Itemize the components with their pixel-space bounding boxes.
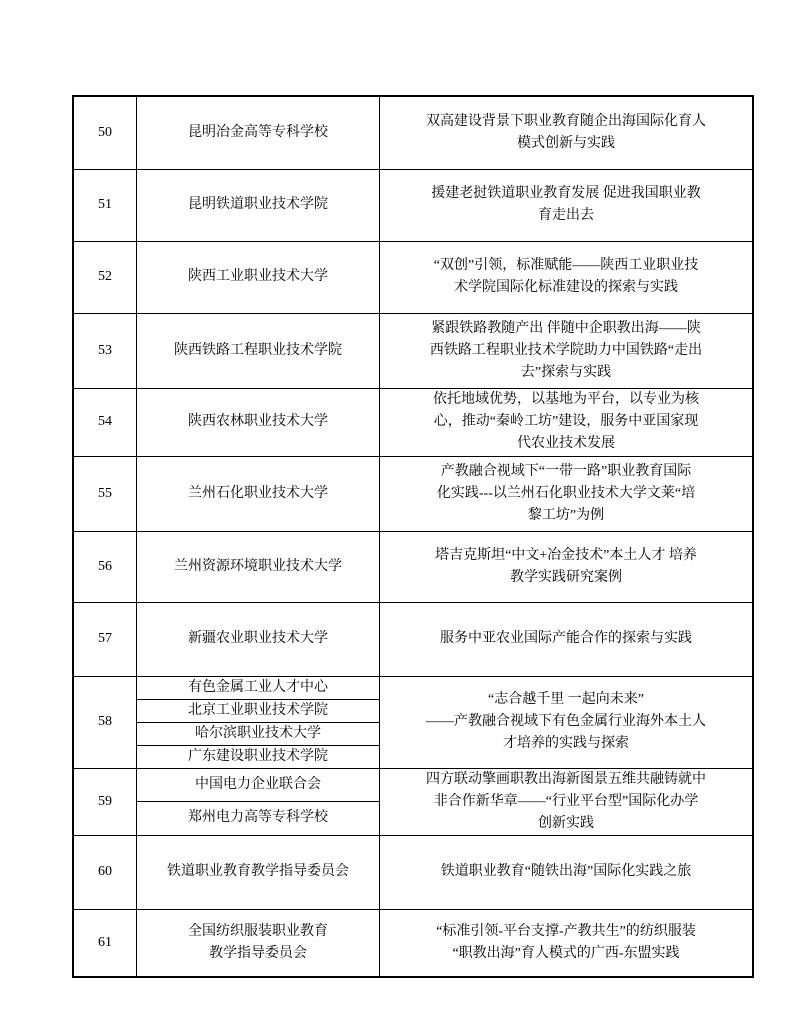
project-title-cell: “双创”引领，标准赋能——陕西工业职业技 术学院国际化标准建设的探索与实践: [380, 241, 754, 313]
project-title-cell: 四方联动擎画职教出海新图景五维共融铸就中 非合作新华章——“行业平台型”国际化办…: [380, 768, 754, 835]
organization-cell: 新疆农业职业技术大学: [137, 602, 380, 676]
organization-cell: 有色金属工业人才中心北京工业职业技术学院哈尔滨职业技术大学广东建设职业技术学院: [137, 676, 380, 768]
organization-stack: 中国电力企业联合会郑州电力高等专科学校: [137, 769, 379, 835]
document-page: 50昆明冶金高等专科学校双高建设背景下职业教育随企出海国际化育人 模式创新与实践…: [0, 0, 800, 1021]
awards-table-container: 50昆明冶金高等专科学校双高建设背景下职业教育随企出海国际化育人 模式创新与实践…: [72, 95, 754, 978]
table-row: 56兰州资源环境职业技术大学塔吉克斯坦“中文+冶金技术”本土人才 培养 教学实践…: [73, 531, 753, 602]
table-row: 53陕西铁路工程职业技术学院紧跟铁路教随产出 伴随中企职教出海——陕 西铁路工程…: [73, 313, 753, 388]
row-number: 52: [73, 241, 137, 313]
organization-cell: 兰州资源环境职业技术大学: [137, 531, 380, 602]
organization-name: 广东建设职业技术学院: [137, 745, 379, 768]
table-row: 57新疆农业职业技术大学服务中亚农业国际产能合作的探索与实践: [73, 602, 753, 676]
table-row: 60铁道职业教育教学指导委员会铁道职业教育“随铁出海”国际化实践之旅: [73, 835, 753, 909]
organization-name: 郑州电力高等专科学校: [137, 801, 379, 835]
organization-name: 中国电力企业联合会: [137, 769, 379, 802]
row-number: 61: [73, 909, 137, 977]
project-title-cell: 紧跟铁路教随产出 伴随中企职教出海——陕 西铁路工程职业技术学院助力中国铁路“走…: [380, 313, 754, 388]
row-number: 59: [73, 768, 137, 835]
row-number: 57: [73, 602, 137, 676]
project-title-cell: 双高建设背景下职业教育随企出海国际化育人 模式创新与实践: [380, 96, 754, 169]
table-body: 50昆明冶金高等专科学校双高建设背景下职业教育随企出海国际化育人 模式创新与实践…: [73, 96, 753, 977]
organization-cell: 全国纺织服装职业教育 教学指导委员会: [137, 909, 380, 977]
project-title-cell: “标准引领-平台支撑-产教共生”的纺织服装 “职教出海”育人模式的广西-东盟实践: [380, 909, 754, 977]
project-title-cell: 铁道职业教育“随铁出海”国际化实践之旅: [380, 835, 754, 909]
project-title-cell: 产教融合视域下“一带一路”职业教育国际 化实践---以兰州石化职业技术大学文莱“…: [380, 456, 754, 531]
awards-table: 50昆明冶金高等专科学校双高建设背景下职业教育随企出海国际化育人 模式创新与实践…: [72, 95, 754, 978]
table-row: 59中国电力企业联合会郑州电力高等专科学校四方联动擎画职教出海新图景五维共融铸就…: [73, 768, 753, 835]
project-title-cell: “志合越千里 一起向未来” ——产教融合视域下有色金属行业海外本土人 才培养的实…: [380, 676, 754, 768]
organization-name: 有色金属工业人才中心: [137, 677, 379, 699]
organization-cell: 铁道职业教育教学指导委员会: [137, 835, 380, 909]
project-title-cell: 援建老挝铁道职业教育发展 促进我国职业教 育走出去: [380, 169, 754, 241]
organization-name: 哈尔滨职业技术大学: [137, 722, 379, 745]
row-number: 53: [73, 313, 137, 388]
row-number: 60: [73, 835, 137, 909]
row-number: 50: [73, 96, 137, 169]
row-number: 58: [73, 676, 137, 768]
organization-name: 北京工业职业技术学院: [137, 699, 379, 722]
table-row: 51昆明铁道职业技术学院援建老挝铁道职业教育发展 促进我国职业教 育走出去: [73, 169, 753, 241]
organization-cell: 兰州石化职业技术大学: [137, 456, 380, 531]
table-row: 61全国纺织服装职业教育 教学指导委员会“标准引领-平台支撑-产教共生”的纺织服…: [73, 909, 753, 977]
organization-cell: 中国电力企业联合会郑州电力高等专科学校: [137, 768, 380, 835]
row-number: 56: [73, 531, 137, 602]
table-row: 50昆明冶金高等专科学校双高建设背景下职业教育随企出海国际化育人 模式创新与实践: [73, 96, 753, 169]
row-number: 55: [73, 456, 137, 531]
row-number: 54: [73, 388, 137, 456]
table-row: 54陕西农林职业技术大学依托地域优势，以基地为平台，以专业为核 心，推动“秦岭工…: [73, 388, 753, 456]
table-row: 55兰州石化职业技术大学产教融合视域下“一带一路”职业教育国际 化实践---以兰…: [73, 456, 753, 531]
project-title-cell: 依托地域优势，以基地为平台，以专业为核 心，推动“秦岭工坊”建设，服务中亚国家现…: [380, 388, 754, 456]
organization-cell: 陕西工业职业技术大学: [137, 241, 380, 313]
organization-cell: 陕西铁路工程职业技术学院: [137, 313, 380, 388]
project-title-cell: 塔吉克斯坦“中文+冶金技术”本土人才 培养 教学实践研究案例: [380, 531, 754, 602]
row-number: 51: [73, 169, 137, 241]
project-title-cell: 服务中亚农业国际产能合作的探索与实践: [380, 602, 754, 676]
table-row: 58有色金属工业人才中心北京工业职业技术学院哈尔滨职业技术大学广东建设职业技术学…: [73, 676, 753, 768]
organization-stack: 有色金属工业人才中心北京工业职业技术学院哈尔滨职业技术大学广东建设职业技术学院: [137, 677, 379, 768]
organization-cell: 陕西农林职业技术大学: [137, 388, 380, 456]
table-row: 52陕西工业职业技术大学“双创”引领，标准赋能——陕西工业职业技 术学院国际化标…: [73, 241, 753, 313]
organization-cell: 昆明冶金高等专科学校: [137, 96, 380, 169]
organization-cell: 昆明铁道职业技术学院: [137, 169, 380, 241]
